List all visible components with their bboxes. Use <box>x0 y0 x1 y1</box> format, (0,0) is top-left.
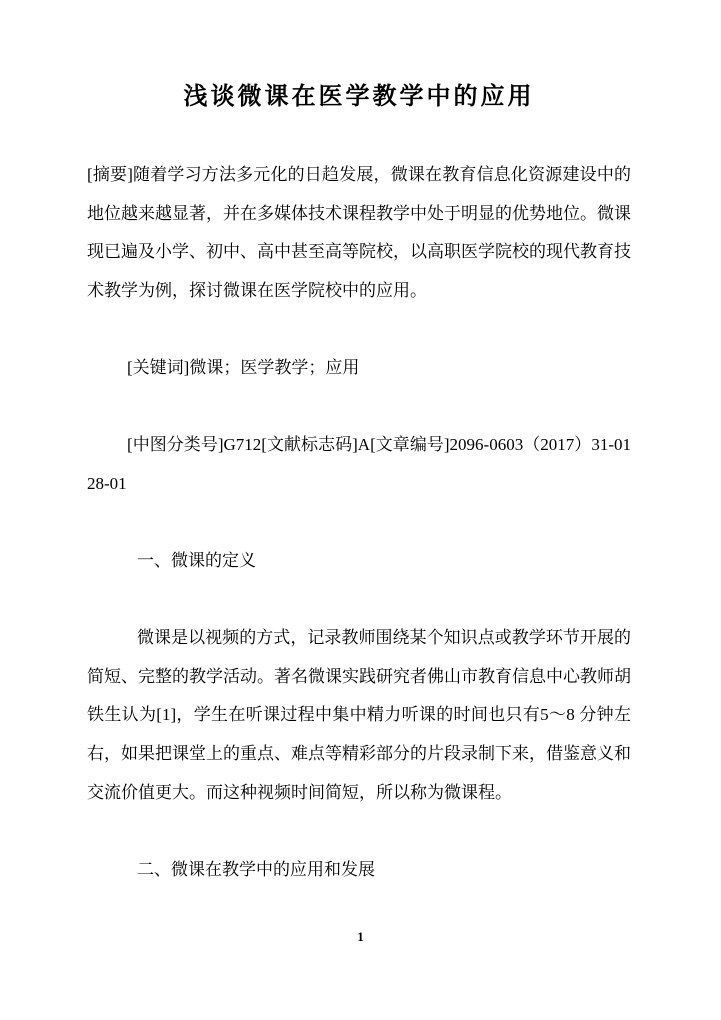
abstract-paragraph: [摘要]随着学习方法多元化的日趋发展，微课在教育信息化资源建设中的地位越来越显著… <box>87 156 631 310</box>
keywords-paragraph: [关键词]微课；医学教学；应用 <box>87 349 631 388</box>
section-heading-1: 一、微课的定义 <box>87 542 631 581</box>
page-number: 1 <box>0 928 721 946</box>
body-paragraph-1: 微课是以视频的方式，记录教师围绕某个知识点或教学环节开展的简短、完整的教学活动。… <box>87 619 631 812</box>
classification-paragraph: [中图分类号]G712[文献标志码]A[文章编号]2096-0603（2017）… <box>87 426 631 503</box>
section-heading-2: 二、微课在教学中的应用和发展 <box>87 851 631 890</box>
document-page: 浅谈微课在医学教学中的应用 [摘要]随着学习方法多元化的日趋发展，微课在教育信息… <box>0 0 721 1020</box>
document-title: 浅谈微课在医学教学中的应用 <box>87 80 631 114</box>
